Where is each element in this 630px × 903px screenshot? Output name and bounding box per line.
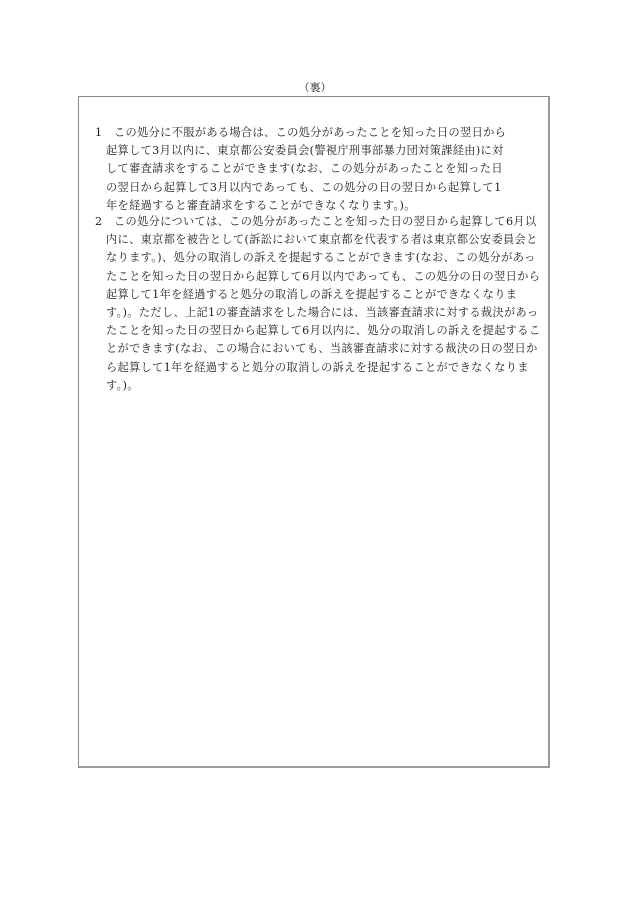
paragraph-2-line-1: 2 この処分については、この処分があったことを知った日の翌日から起算して6月以	[95, 213, 547, 231]
paragraph-2-line-8: とができます(なお、この場合においても、当該審査請求に対する裁決の日の翌日か	[95, 340, 547, 358]
paragraph-2-line-5: 起算して1年を経過すると処分の取消しの訴えを提起することができなくなりま	[95, 286, 547, 304]
paragraph-2-line-4: たことを知った日の翌日から起算して6月以内であっても、この処分の日の翌日から	[95, 268, 547, 286]
paragraph-2: 2 この処分については、この処分があったことを知った日の翌日から起算して6月以 …	[95, 213, 547, 395]
paragraph-2-line-10: す。)。	[95, 377, 547, 395]
paragraph-2-line-6: す。)。ただし、上記1の審査請求をした場合には、当該審査請求に対する裁決があっ	[95, 304, 547, 322]
paragraph-1-line-2: 起算して3月以内に、東京都公安委員会(警視庁刑事部暴力団対策課経由)に対	[95, 142, 547, 160]
paragraph-1-line-4: の翌日から起算して3月以内であっても、この処分の日の翌日から起算して1	[95, 179, 547, 197]
paragraph-2-line-2: 内に、東京都を被告として(訴訟において東京都を代表する者は東京都公安委員会と	[95, 231, 547, 249]
page-label-back: （裏）	[0, 79, 630, 95]
paragraph-2-line-9: ら起算して1年を経過すると処分の取消しの訴えを提起することができなくなりま	[95, 359, 547, 377]
paragraph-2-line-7: たことを知った日の翌日から起算して6月以内に、処分の取消しの訴えを提起するこ	[95, 322, 547, 340]
paragraph-2-line-3: なります。)、処分の取消しの訴えを提起することができます(なお、この処分があっ	[95, 249, 547, 267]
paragraph-1: 1 この処分に不服がある場合は、この処分があったことを知った日の翌日から 起算し…	[95, 124, 547, 215]
paragraph-1-line-1: 1 この処分に不服がある場合は、この処分があったことを知った日の翌日から	[95, 124, 547, 142]
paragraph-1-line-3: して審査請求をすることができます(なお、この処分があったことを知った日	[95, 160, 547, 178]
